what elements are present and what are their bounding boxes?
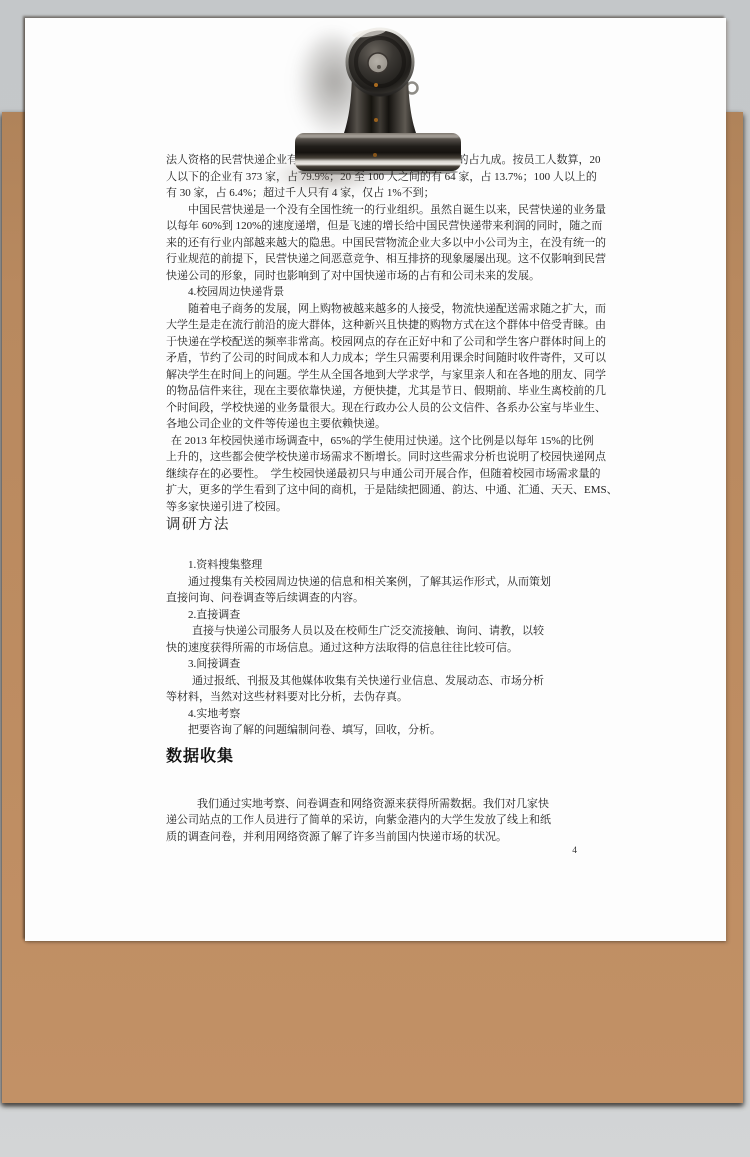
text-line: 1.资料搜集整理 bbox=[166, 557, 587, 574]
text-line: 通过报纸、刊报及其他媒体收集有关快递行业信息、发展动态、市场分析 bbox=[166, 673, 587, 690]
text-line: 的物品信件来往，现在主要依靠快递，方便快捷，尤其是节日、假期前、毕业生离校前的几 bbox=[166, 383, 587, 400]
text-line: 4.校园周边快递背景 bbox=[166, 284, 587, 301]
text-line: 递公司站点的工作人员进行了简单的采访，向紫金港内的大学生发放了线上和纸 bbox=[166, 812, 587, 829]
text-line: 把要咨询了解的问题编制问卷、填写，回收，分析。 bbox=[166, 722, 587, 739]
method-list: 1.资料搜集整理 通过搜集有关校园周边快递的信息和相关案例，了解其运作形式，从而… bbox=[166, 557, 587, 739]
text-line: 于快递在学校配送的频率非常高。校园网点的存在正好中和了公司和学生客户群体时间上的 bbox=[166, 334, 587, 351]
text-line: 3.间接调查 bbox=[166, 656, 587, 673]
body-paragraphs: 法人资格的民营快递企业有 467 家，注册资金在 20 万元以下的占九成。按员工… bbox=[166, 152, 587, 515]
section-heading-methods: 调研方法 bbox=[166, 515, 587, 535]
text-line: 有 30 家，占 6.4%；超过千人只有 4 家，仅占 1%不到； bbox=[166, 185, 587, 202]
text-line: 等多家快递引进了校园。 bbox=[166, 499, 587, 516]
text-line: 快递公司的形象，同时也影响到了对中国快递市场的占有和公司未来的发展。 bbox=[166, 268, 587, 285]
text-line: 大学生是走在流行前沿的庞大群体，这种新兴且快捷的购物方式在这个群体中倍受青睐。由 bbox=[166, 317, 587, 334]
closing-paragraph: 我们通过实地考察、问卷调查和网络资源来获得所需数据。我们对几家快 递公司站点的工… bbox=[166, 796, 587, 846]
text-line: 直接与快递公司服务人员以及在校师生广泛交流接触、询问、请教，以较 bbox=[166, 623, 587, 640]
text-line: 我们通过实地考察、问卷调查和网络资源来获得所需数据。我们对几家快 bbox=[166, 796, 587, 813]
text-line: 来的还有行业内部越来越大的隐患。中国民营物流企业大多以中小公司为主，在没有统一的 bbox=[166, 235, 587, 252]
text-line: 在 2013 年校园快递市场调查中，65%的学生使用过快递。这个比例是以每年 1… bbox=[166, 433, 587, 450]
text-line: 直接问询、问卷调查等后续调查的内容。 bbox=[166, 590, 587, 607]
clip-bar bbox=[295, 133, 461, 171]
document-text: 法人资格的民营快递企业有 467 家，注册资金在 20 万元以下的占九成。按员工… bbox=[166, 152, 587, 857]
text-line: 扩大，更多的学生看到了这中间的商机，于是陆续把圆通、韵达、中通、汇通、天天、EM… bbox=[166, 482, 587, 499]
text-line: 2.直接调查 bbox=[166, 607, 587, 624]
text-line: 随着电子商务的发展，网上购物被越来越多的人接受，物流快递配送需求随之扩大，而 bbox=[166, 301, 587, 318]
text-line: 解决学生在时间上的问题。学生从全国各地到大学求学，与家里亲人和在各地的朋友、同学 bbox=[166, 367, 587, 384]
text-line: 上升的，这些都会使学校快递市场需求不断增长。同时这些需求分析也说明了校园快递网点 bbox=[166, 449, 587, 466]
text-line: 以每年 60%到 120%的速度递增，但是飞速的增长给中国民营快递带来利润的同时… bbox=[166, 218, 587, 235]
text-line: 中国民营快递是一个没有全国性统一的行业组织。虽然自诞生以来，民营快递的业务量 bbox=[166, 202, 587, 219]
binder-clip-icon bbox=[290, 20, 470, 176]
clip-hole bbox=[368, 53, 388, 73]
page-number: 4 bbox=[166, 845, 587, 857]
text-line: 各地公司企业的文件等传递也主要依赖快递。 bbox=[166, 416, 587, 433]
text-line: 质的调查问卷，并利用网络资源了解了许多当前国内快递市场的状况。 bbox=[166, 829, 587, 846]
text-line: 继续存在的必要性。 学生校园快递最初只与申通公司开展合作，但随着校园市场需求量的 bbox=[166, 466, 587, 483]
text-line: 行业规范的前提下，民营快递之间恶意竞争、相互排挤的现象屡屡出现。这不仅影响到民营 bbox=[166, 251, 587, 268]
text-line: 矛盾，节约了公司的时间成本和人力成本；学生只需要利用课余时间随时收件寄件，又可以 bbox=[166, 350, 587, 367]
section-heading-data-collection: 数据收集 bbox=[166, 746, 587, 767]
text-line: 快的速度获得所需的市场信息。通过这种方法取得的信息往往比较可信。 bbox=[166, 640, 587, 657]
text-line: 通过搜集有关校园周边快递的信息和相关案例，了解其运作形式，从而策划 bbox=[166, 574, 587, 591]
text-line: 4.实地考察 bbox=[166, 706, 587, 723]
text-line: 等材料，当然对这些材料要对比分析，去伪存真。 bbox=[166, 689, 587, 706]
text-line: 个时间段，学校快递的业务量很大。现在行政办公人员的公文信件、各系办公室与毕业生、 bbox=[166, 400, 587, 417]
